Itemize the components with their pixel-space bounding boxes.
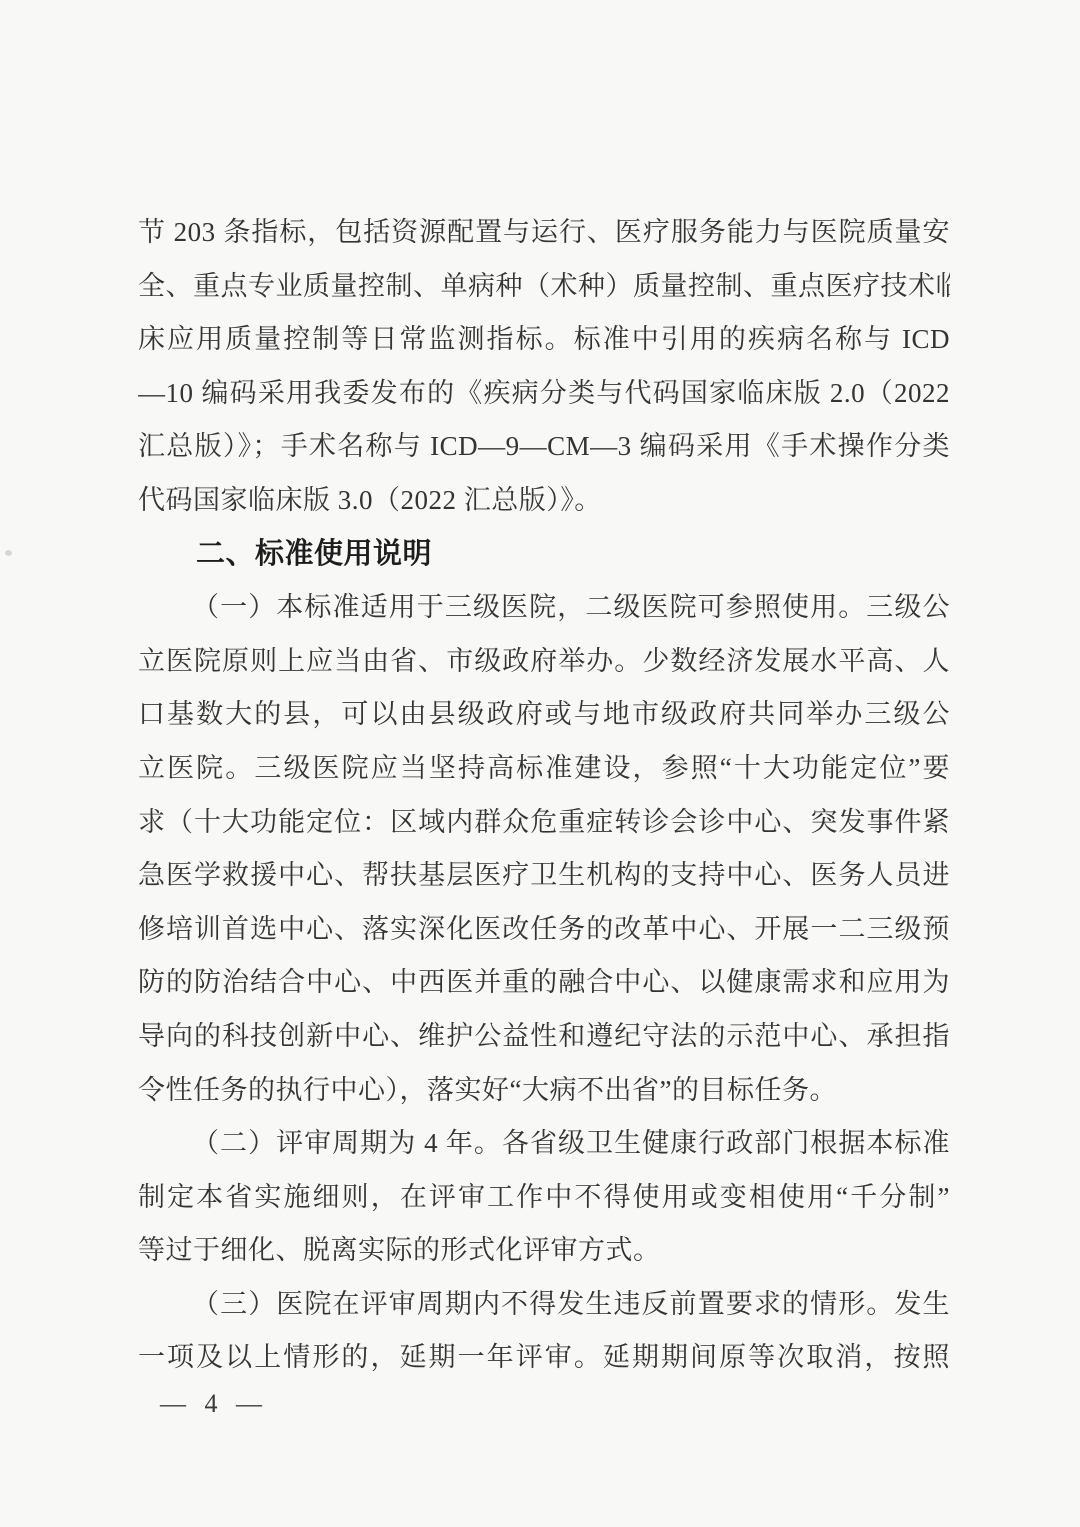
- text-line: 汇总版）》；手术名称与 ICD—9—CM—3 编码采用《手术操作分类: [138, 420, 950, 474]
- page-number: — 4 —: [160, 1384, 262, 1424]
- text-line: —10 编码采用我委发布的《疾病分类与代码国家临床版 2.0（2022: [138, 367, 950, 421]
- text-line: 防的防治结合中心、中西医并重的融合中心、以健康需求和应用为: [138, 956, 950, 1010]
- text-line: 求（十大功能定位：区域内群众危重症转诊会诊中心、突发事件紧: [138, 796, 950, 850]
- text-line: 急医学救援中心、帮扶基层医疗卫生机构的支持中心、医务人员进: [138, 849, 950, 903]
- text-line: 导向的科技创新中心、维护公益性和遵纪守法的示范中心、承担指: [138, 1010, 950, 1064]
- text-line: 节 203 条指标，包括资源配置与运行、医疗服务能力与医院质量安: [138, 206, 950, 260]
- section-heading: 二、标准使用说明: [138, 528, 950, 582]
- text-line: 床应用质量控制等日常监测指标。标准中引用的疾病名称与 ICD: [138, 313, 950, 367]
- text-line: 立医院原则上应当由省、市级政府举办。少数经济发展水平高、人: [138, 635, 950, 689]
- text-line: （三）医院在评审周期内不得发生违反前置要求的情形。发生: [138, 1278, 950, 1332]
- text-line: 代码国家临床版 3.0（2022 汇总版）》。: [138, 474, 950, 528]
- text-line: 制定本省实施细则，在评审工作中不得使用或变相使用“千分制”: [138, 1171, 950, 1225]
- text-line: 令性任务的执行中心），落实好“大病不出省”的目标任务。: [138, 1064, 950, 1118]
- document-body: 节 203 条指标，包括资源配置与运行、医疗服务能力与医院质量安 全、重点专业质…: [138, 206, 950, 1385]
- text-line: （一）本标准适用于三级医院，二级医院可参照使用。三级公: [138, 581, 950, 635]
- text-line: 一项及以上情形的，延期一年评审。延期期间原等次取消，按照: [138, 1331, 950, 1385]
- text-line: 修培训首选中心、落实深化医改任务的改革中心、开展一二三级预: [138, 903, 950, 957]
- text-line: 等过于细化、脱离实际的形式化评审方式。: [138, 1224, 950, 1278]
- text-line: 立医院。三级医院应当坚持高标准建设，参照“十大功能定位”要: [138, 742, 950, 796]
- document-page: 节 203 条指标，包括资源配置与运行、医疗服务能力与医院质量安 全、重点专业质…: [0, 0, 1080, 1527]
- text-line: （二）评审周期为 4 年。各省级卫生健康行政部门根据本标准: [138, 1117, 950, 1171]
- text-line: 全、重点专业质量控制、单病种（术种）质量控制、重点医疗技术临: [138, 260, 950, 314]
- scan-artifact-dot: [5, 550, 12, 556]
- text-line: 口基数大的县，可以由县级政府或与地市级政府共同举办三级公: [138, 688, 950, 742]
